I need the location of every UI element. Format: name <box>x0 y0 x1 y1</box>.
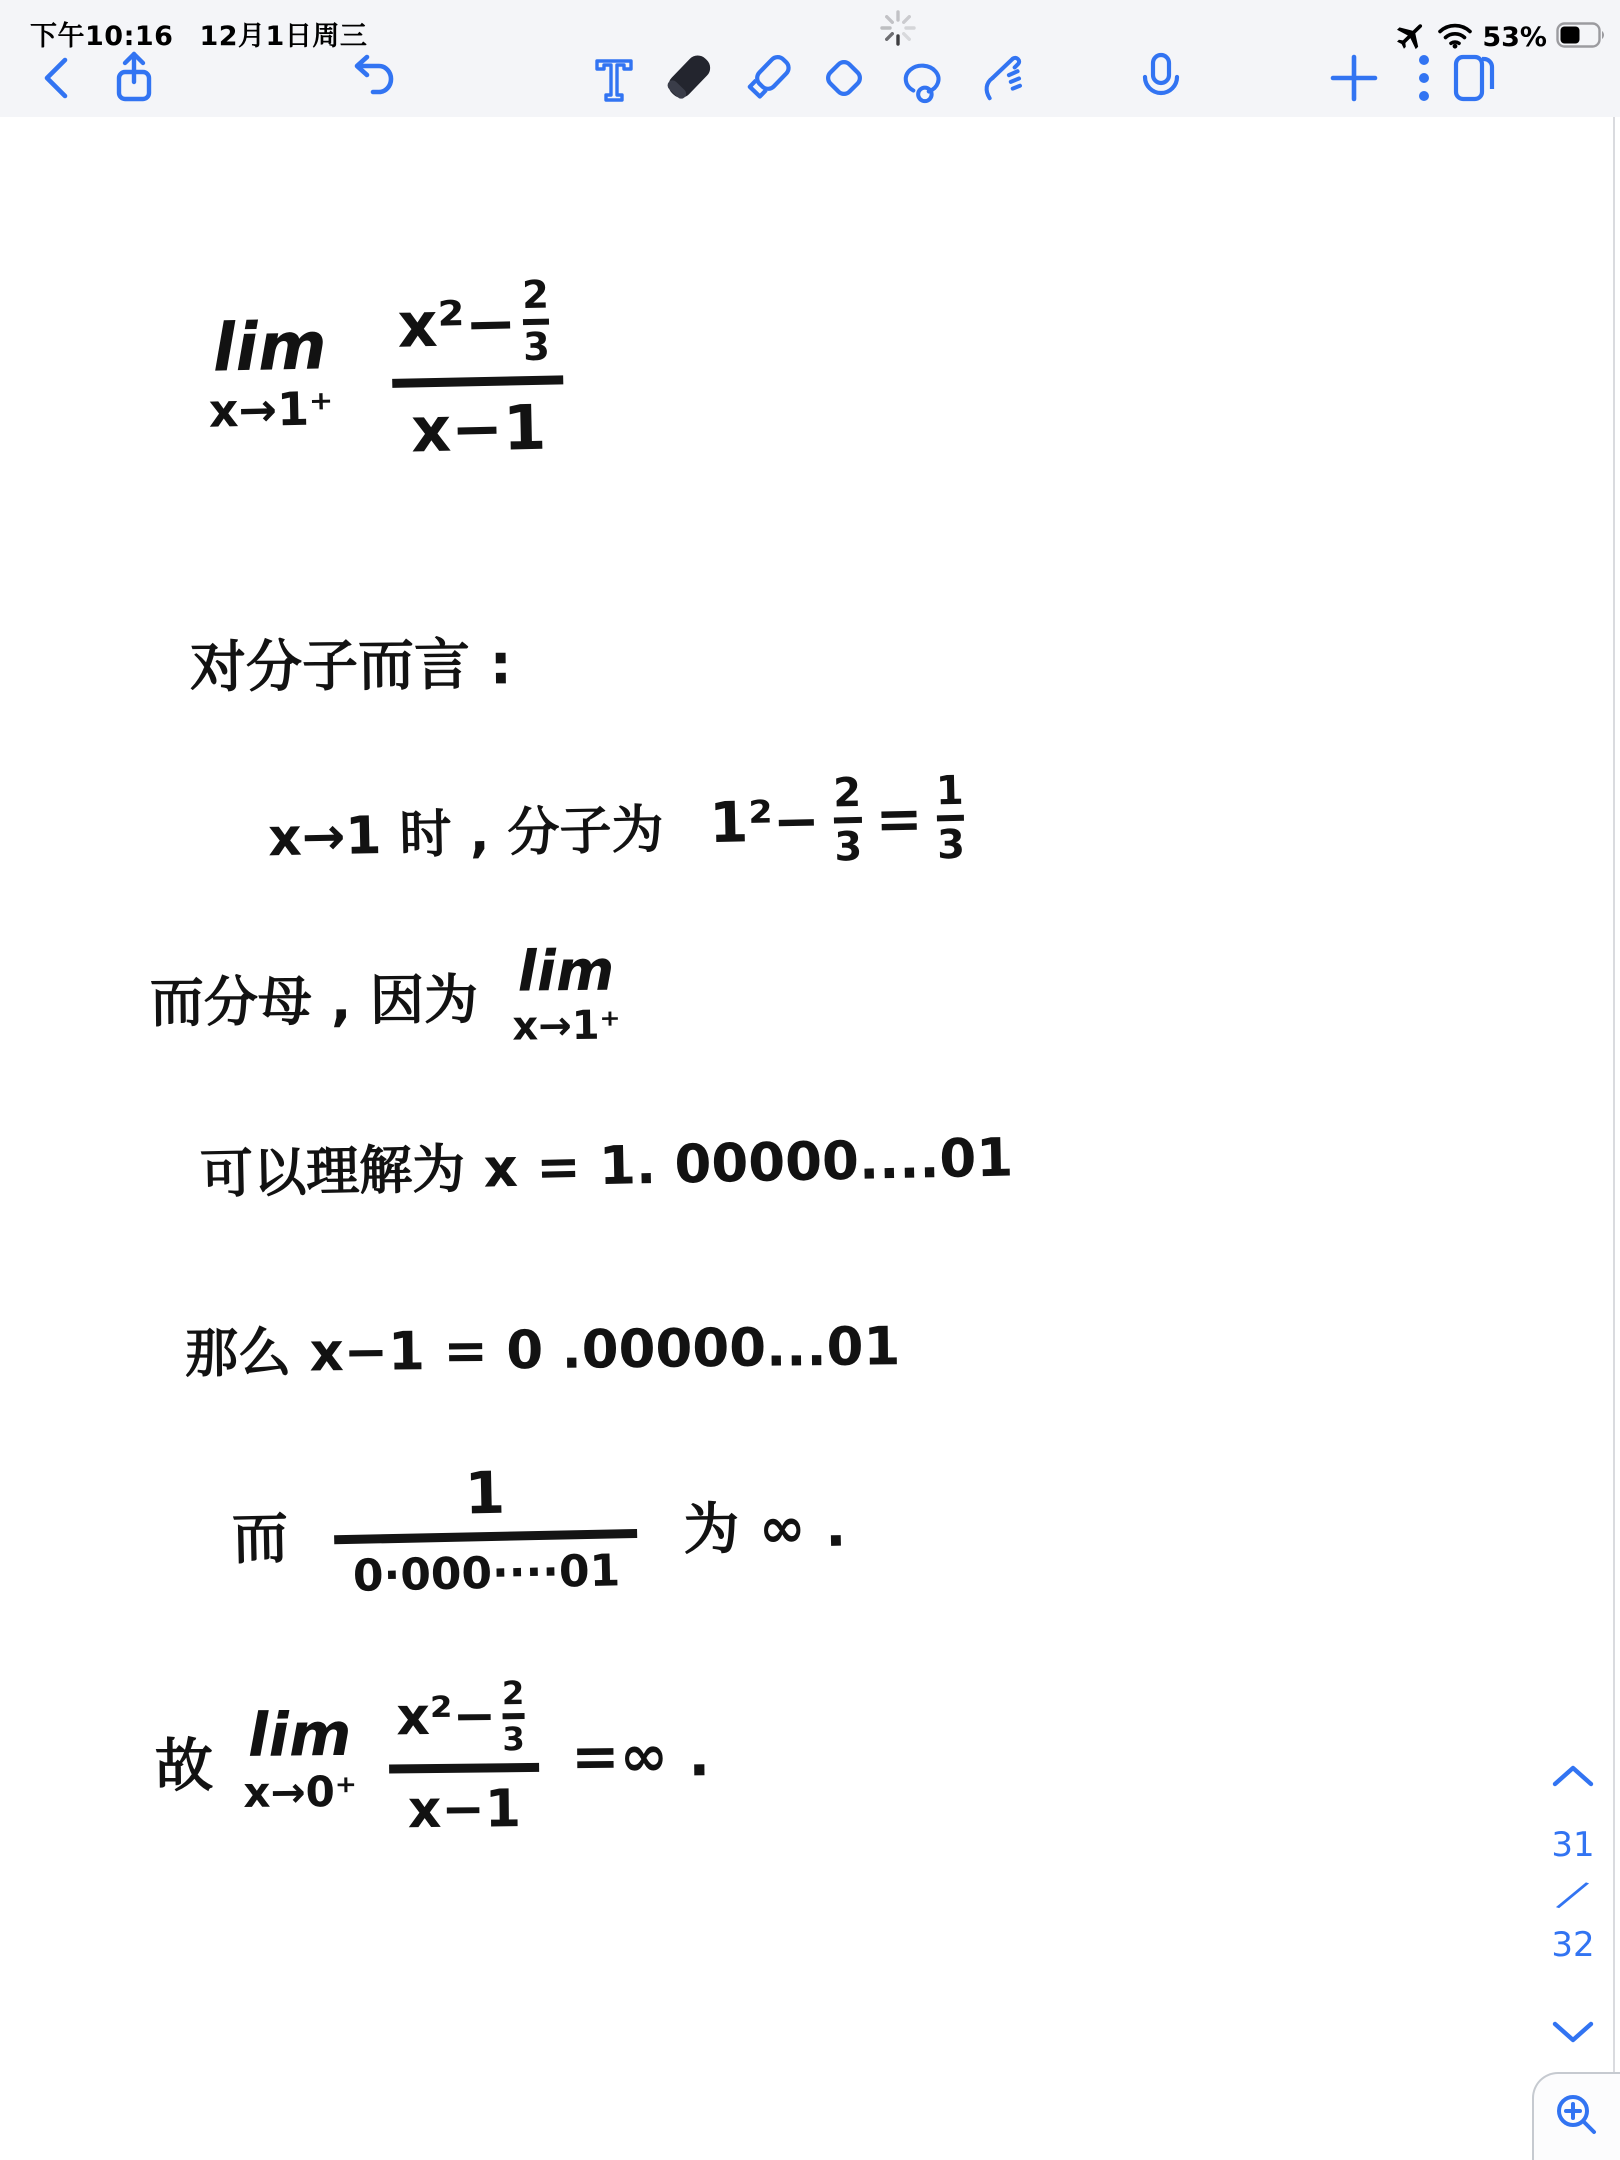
activity-spinner <box>878 8 918 52</box>
handwriting-then-line: 那么 x−1 = 0 .00000...01 <box>185 1304 901 1387</box>
reciprocal-num: 1 <box>454 1463 516 1525</box>
zoom-in-magnifier-icon <box>1551 2089 1603 2145</box>
handwriting-conclusion-line: 故 lim x→0⁺ x²− 2 3 x−1 =∞ . <box>154 1675 711 1841</box>
denominator-prefix: 而分母 , 因为 <box>150 957 479 1037</box>
frac-two: 2 <box>833 773 862 814</box>
notes-app-window: 下午10:1612月1日周三 <box>0 0 1620 2160</box>
status-time-date: 下午10:1612月1日周三 <box>30 14 367 53</box>
one-squared: 1²− <box>709 788 821 855</box>
reciprocal-den: 0·000····01 <box>334 1529 639 1601</box>
undo-icon[interactable] <box>345 50 397 106</box>
total-page-number: 32 <box>1551 1928 1594 1962</box>
lim-approach-2: x→1⁺ <box>512 1006 621 1047</box>
handwriting-numerator-title: 对分子而言 : <box>190 620 513 703</box>
zoom-button[interactable] <box>1532 2072 1620 2160</box>
equals-sign: = <box>875 786 923 852</box>
highlighter-icon[interactable] <box>742 50 794 106</box>
conclusion-num-x: x²− <box>396 1689 496 1745</box>
tap-tool-icon[interactable] <box>980 50 1032 106</box>
top-bar: 下午10:1612月1日周三 <box>0 0 1620 117</box>
share-icon[interactable] <box>108 50 160 106</box>
page-navigator: 31 / 32 <box>1538 1758 1608 2054</box>
handwriting-denominator-line: 而分母 , 因为 lim x→1⁺ <box>150 956 621 1051</box>
current-page-number: 31 <box>1551 1828 1594 1862</box>
page-down-icon[interactable] <box>1546 2014 1600 2054</box>
denominator-x-minus-1: x−1 <box>392 375 565 463</box>
page-up-icon[interactable] <box>1546 1758 1600 1798</box>
add-icon[interactable] <box>1328 50 1380 106</box>
reciprocal-suffix: 为 ∞ . <box>682 1483 847 1566</box>
frac-one: 1 <box>935 771 964 812</box>
conclusion-frac-d: 3 <box>502 1713 525 1755</box>
conclusion-den: x−1 <box>389 1763 539 1838</box>
pages-icon[interactable] <box>1448 50 1500 106</box>
status-date: 12月1日周三 <box>199 21 367 52</box>
lim-approach-3: x→0⁺ <box>243 1771 357 1814</box>
handwriting-reciprocal-line: 而 1 0·000····01 为 ∞ . <box>231 1456 848 1603</box>
text-tool-icon[interactable] <box>588 50 640 106</box>
numerator-eval-prefix: x→1 时 , 分子为 <box>267 787 664 870</box>
eraser-icon[interactable] <box>818 50 870 106</box>
pen-icon[interactable] <box>662 50 714 106</box>
lim-approach: x→1⁺ <box>208 386 333 435</box>
status-time: 下午10:16 <box>30 21 173 52</box>
wifi-icon <box>1437 21 1473 53</box>
battery-percent: 53% <box>1482 22 1547 53</box>
conclusion-prefix: 故 <box>155 1718 214 1803</box>
reciprocal-prefix: 而 <box>231 1494 289 1575</box>
microphone-icon[interactable] <box>1135 50 1187 106</box>
page-edge-divider <box>1613 117 1615 2160</box>
back-icon[interactable] <box>30 50 82 106</box>
frac-three: 3 <box>834 817 863 868</box>
small-frac-den: 3 <box>523 319 551 368</box>
handwriting-limit-formula: lim x→1⁺ x²− 2 3 x−1 <box>206 276 568 466</box>
numerator-x-squared: x²− <box>397 290 517 358</box>
conclusion-frac-n: 2 <box>502 1677 525 1709</box>
conclusion-result: =∞ . <box>571 1721 711 1790</box>
lim-word-2: lim <box>517 944 614 1001</box>
handwriting-numerator-eval: x→1 时 , 分子为 1²− 2 3 = 1 3 <box>267 771 971 880</box>
lasso-icon[interactable] <box>896 50 948 106</box>
small-frac-num: 2 <box>522 277 550 316</box>
battery-icon <box>1556 22 1606 52</box>
frac-three-2: 3 <box>936 815 965 866</box>
lim-word: lim <box>212 314 327 382</box>
lim-word-3: lim <box>247 1705 351 1766</box>
more-icon[interactable] <box>1398 50 1450 106</box>
page-separator: / <box>1552 1873 1593 1916</box>
